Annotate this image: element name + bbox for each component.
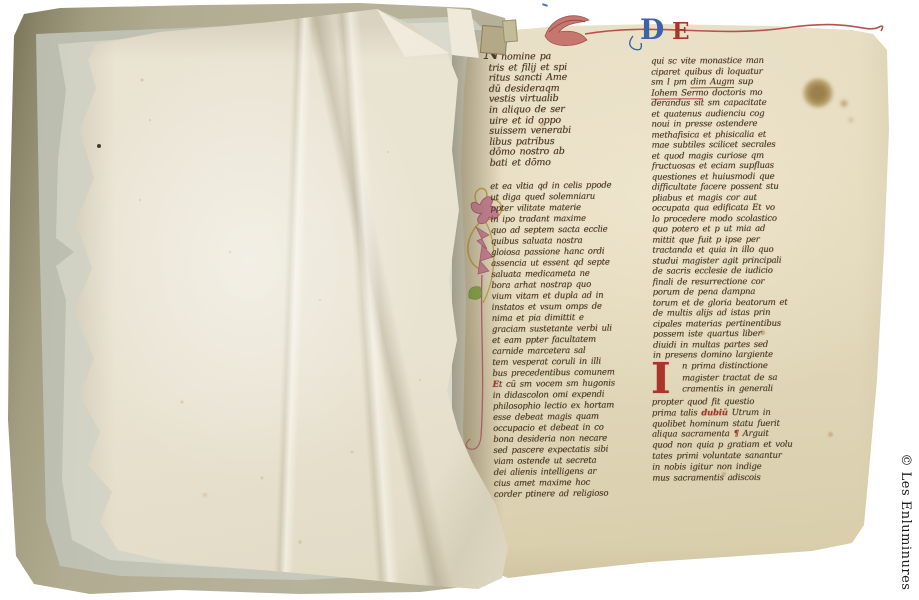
manuscript-line: corder ptinere ad religioso [494, 488, 646, 501]
spine-tab [502, 19, 518, 42]
page-stain [848, 117, 854, 123]
manuscript-photo: D E N nomine patris et filij et spiritus… [0, 0, 919, 600]
manuscript-line: mus sacramentis adiscois [652, 472, 822, 484]
page-stain [839, 99, 849, 108]
credit-line: © Les Enluminures [897, 452, 913, 592]
left-column-prologue: nomine patris et filij et spiritus sanct… [488, 51, 611, 169]
header-pen-flourish [535, 6, 885, 58]
manuscript-line: bati et dōmo [490, 157, 612, 169]
manuscript-line: cramentis in generali [682, 383, 852, 396]
left-column-body: et ea vltia qd in celis ppodeut diga que… [490, 180, 646, 501]
foxing-spot [828, 432, 833, 437]
right-column-lower: propter quod fit questioprima talis dubi… [652, 396, 823, 484]
wormhole [97, 144, 101, 148]
running-title-letter-d: D [640, 13, 664, 46]
right-column-beside-initial: n prima distinctionemagister tractat de … [652, 360, 852, 396]
red-feather-ornament [545, 16, 589, 46]
running-title-letter-e: E [672, 18, 690, 45]
right-column-upper: qui sc vite monastice manciparet quibus … [651, 55, 823, 361]
manuscript-line: in presens domino largiente [653, 349, 823, 361]
